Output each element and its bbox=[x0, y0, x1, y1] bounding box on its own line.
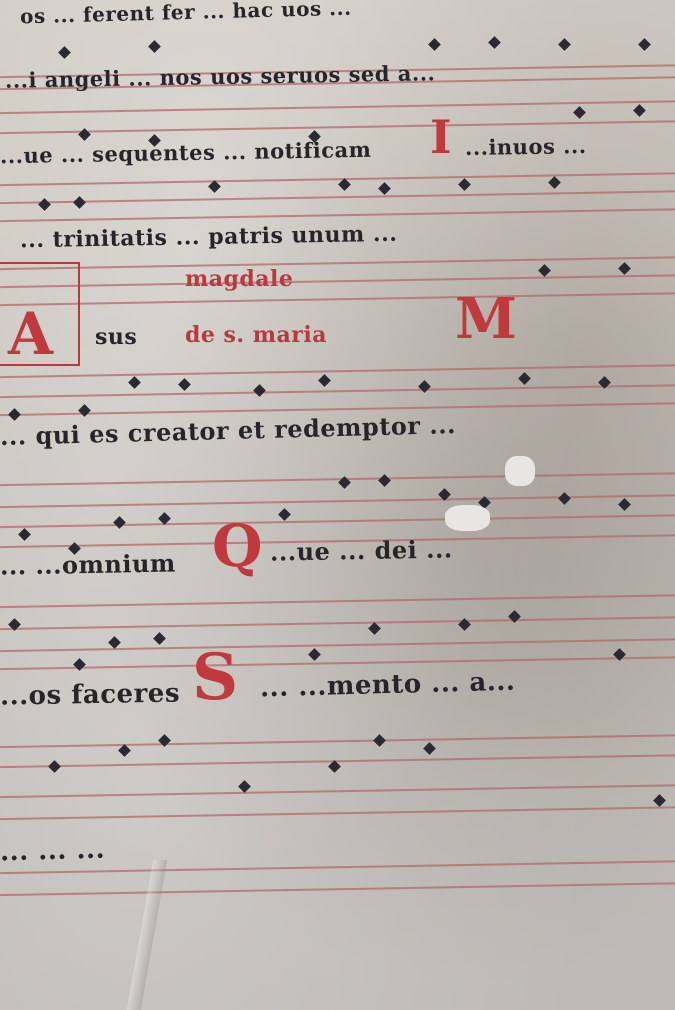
manuscript-line: ... ... ... bbox=[0, 835, 105, 868]
manuscript-line: ...os faceres bbox=[0, 678, 180, 711]
manuscript-line: ... ...omnium bbox=[0, 548, 176, 580]
manuscript-line: ...ue ... dei ... bbox=[270, 534, 453, 566]
initial-letter: S bbox=[192, 640, 238, 715]
parchment-hole bbox=[505, 456, 535, 486]
manuscript-line: ...inuos ... bbox=[465, 133, 587, 160]
rubric-text: magdale bbox=[185, 266, 293, 292]
initial-letter: I bbox=[430, 110, 452, 164]
initial-letter: Q bbox=[212, 512, 263, 580]
manuscript-line: sus bbox=[95, 324, 137, 350]
rubric-text: de s. maria bbox=[185, 322, 327, 348]
initial-letter: M bbox=[455, 286, 517, 352]
initial-letter: A bbox=[8, 300, 53, 368]
parchment-hole bbox=[445, 505, 490, 531]
